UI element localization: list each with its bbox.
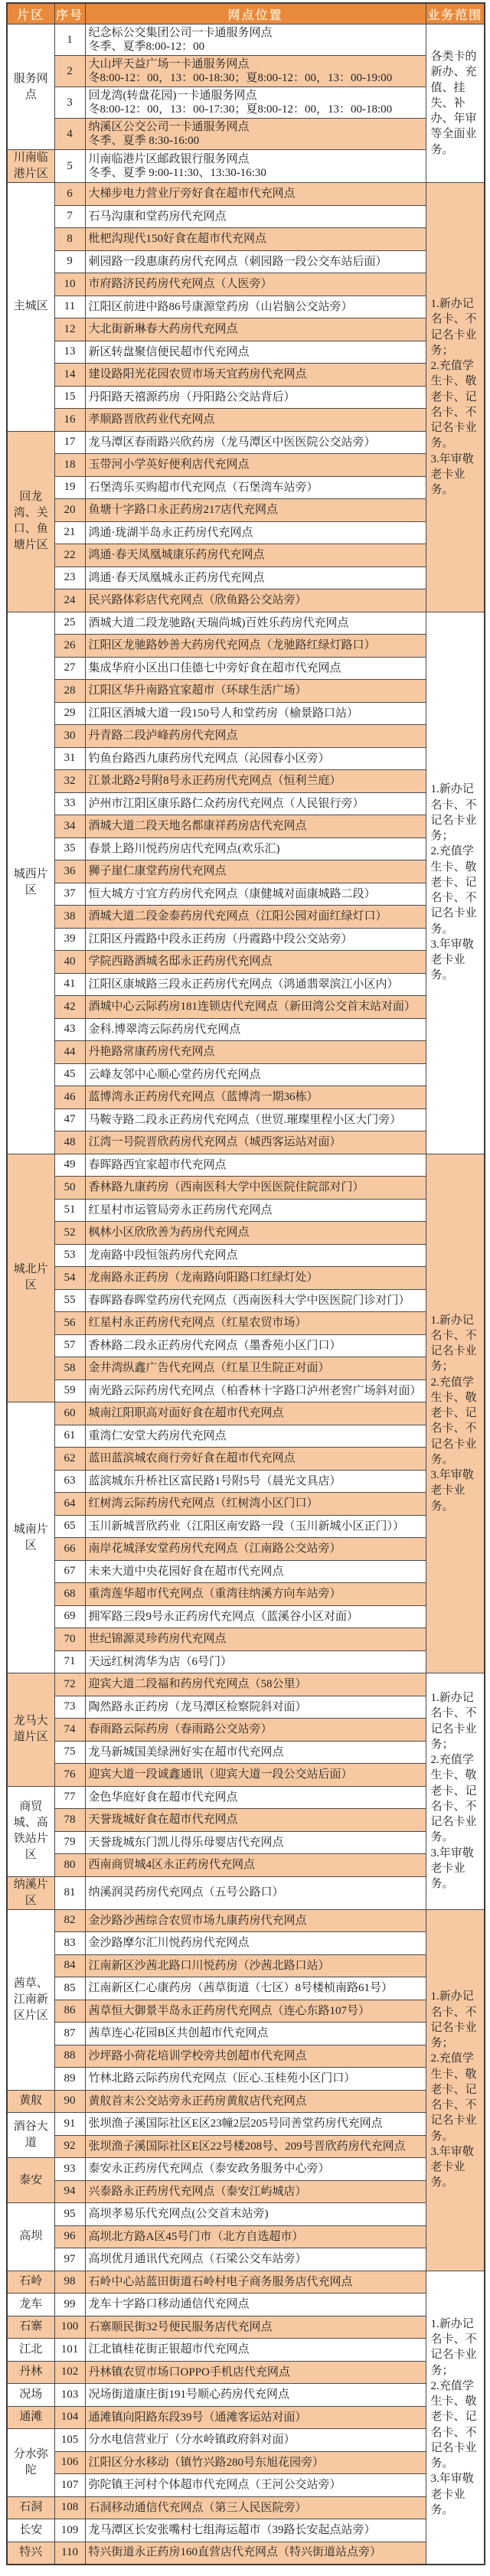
location-text: 酒城中心云际药房181连锁店代充网点（新田湾公交首末站对面） (89, 1000, 424, 1014)
location-text: 金色华庭好食在超市代充网点 (89, 1791, 424, 1804)
serial-cell: 43 (54, 1018, 85, 1041)
location-text: 回龙湾(转盘花园)一卡通服务网点 (89, 89, 424, 103)
location-text: 鸿通·春天凤凰城永正药房代充网点 (89, 571, 424, 585)
serial-cell: 44 (54, 1041, 85, 1064)
table-row: 34酒城大道二段天地名都康祥药房店代充网点 (7, 815, 485, 838)
table-row: 13新区转盘聚信便民超市代充网点 (7, 341, 485, 364)
location-text: 龙马潭区长安张嘴村七组海运超市（39路长安起点站旁） (89, 2523, 424, 2537)
table-row: 71天远红树湾华为店（6号门） (7, 1650, 485, 1673)
table-row: 长安109龙马潭区长安张嘴村七组海运超市（39路长安起点站旁） (7, 2519, 485, 2542)
serial-cell: 8 (54, 228, 85, 251)
location-text: 金沙路沙茜综合农贸市场九康药房代充网点 (89, 1914, 424, 1928)
district-cell: 主城区 (7, 183, 54, 432)
table-row: 16孝顺路晋欣药业代充网点 (7, 409, 485, 432)
table-row: 96高坝北方路A区45号门市（北方自选超市） (7, 2225, 485, 2248)
location-text: 蓝博湾永正药房代充网点（蓝博湾一期36栋） (89, 1090, 424, 1104)
serial-cell: 85 (54, 1977, 85, 2000)
location-cell: 酒城大道二段金泰药房代充网点（江阳公园对面红绿灯口） (85, 906, 426, 929)
location-text: 纳溪润灵药房代充网点（五号公路口） (89, 1885, 424, 1899)
location-cell: 江阳区华升南路宜家超市（环球生活广场） (85, 680, 426, 703)
location-cell: 金沙路沙茜综合农贸市场九康药房代充网点 (85, 1909, 426, 1932)
district-cell: 通滩 (7, 2406, 54, 2429)
serial-cell: 50 (54, 1177, 85, 1200)
location-text: 玉带河小学英好便利店代充网点 (89, 458, 424, 472)
location-cell: 新区转盘聚信便民超市代充网点 (85, 341, 426, 364)
serial-cell: 1 (54, 24, 85, 56)
table-row: 28江阳区华升南路宜家超市（环球生活广场） (7, 680, 485, 703)
location-cell: 世纪锦源灵珍药房代充网点 (85, 1628, 426, 1651)
location-text: 陶然路永正药房（龙马潭区检察院斜对面） (89, 1700, 424, 1714)
serial-cell: 60 (54, 1402, 85, 1425)
district-cell: 石洞 (7, 2496, 54, 2519)
location-text: 枇杷沟现代150好食在超市代充网点 (89, 232, 424, 246)
table-row: 45云峰友邻中心顺心堂药房代充网点 (7, 1063, 485, 1086)
business-scope-item: 1.新办记名卡、不记名卡业务； (431, 1313, 482, 1375)
business-scope-item: 2.充值学生卡、敬老卡、记名卡、不记名卡业务。 (431, 2378, 482, 2472)
location-cell: 蓝博湾永正药房代充网点（蓝博湾一期36栋） (85, 1086, 426, 1109)
business-scope-item: 3.年审敬老卡业务。 (431, 1846, 482, 1892)
location-text: 江景北路2号附8号永正药房代充网点（恒利兰庭） (89, 774, 424, 788)
serial-cell: 56 (54, 1312, 85, 1335)
table-row: 89竹林北路云际药房代充网点（匠心.玉桂苑小区门口） (7, 2068, 485, 2091)
serial-cell: 90 (54, 2090, 85, 2113)
location-cell: 钓鱼台路西九康药房代充网点（沁园春小区旁） (85, 747, 426, 770)
location-cell: 丹林镇农贸市场口OPPO手机店代充网点 (85, 2361, 426, 2384)
opening-hours-text: 冬季、夏季8:00-12：00 (89, 40, 424, 54)
location-text: 茜草连心花园B区共创超市代充网点 (89, 2026, 424, 2040)
location-cell: 江北镇桂花街正银超市代充网点 (85, 2339, 426, 2362)
location-cell: 石洞移动通信代充网点（第三人民医院旁） (85, 2496, 426, 2519)
location-cell: 纪念标公交集团公司一卡通服务网点冬季、夏季8:00-12：00 (85, 24, 426, 56)
table-row: 44丹艳路常康药房代充网点 (7, 1041, 485, 1064)
serial-cell: 42 (54, 996, 85, 1019)
business-scope-item: 1.新办记名卡、不记名卡业务； (431, 1989, 482, 2051)
business-scope-item: 3.年审敬老卡业务。 (431, 2471, 482, 2518)
table-row: 4纳溪区公交公司一卡通服务网点冬季、夏季 8:30-16:00 (7, 119, 485, 150)
table-row: 城北片区49春晖路西宜家超市代充网点1.新办记名卡、不记名卡业务；2.充值学生卡… (7, 1154, 485, 1177)
location-text: 刺园路一段惠康药房代充网点（刺园路一段公交车站后面） (89, 255, 424, 269)
table-row: 92张坝渔子溪国际社区E区22号楼208号、209号晋欣药房代充网点 (7, 2135, 485, 2158)
location-cell: 龙马新城国美绿洲好实在超市代充网点 (85, 1741, 426, 1764)
location-text: 高坝孝易乐代充网点(公交首末站旁) (89, 2207, 424, 2221)
business-scope-cell: 1.新办记名卡、不记名卡业务；2.充值学生卡、敬老卡、记名卡、不记名卡业务。3.… (426, 1154, 485, 1673)
table-row: 19石堡湾乐买购超市代充网点（石堡湾车站旁） (7, 476, 485, 499)
location-cell: 陶然路永正药房（龙马潭区检察院斜对面） (85, 1696, 426, 1719)
location-cell: 张坝渔子溪国际社区E区23幢2层205号同善堂药房代充网点 (85, 2113, 426, 2136)
serial-cell: 20 (54, 499, 85, 522)
location-cell: 石岭中心站蓝田街道石岭村电子商务服务店代充网点 (85, 2271, 426, 2294)
location-text: 丹阳路天禧源药房（丹阳路公交站背后） (89, 390, 424, 404)
serial-cell: 37 (54, 883, 85, 906)
location-text: 香林路二段永正药房代充网点（墨香苑小区门口） (89, 1339, 424, 1353)
serial-cell: 49 (54, 1154, 85, 1177)
location-cell: 泰安永正药房代充网点（泰安政务服务中心旁） (85, 2158, 426, 2181)
location-cell: 玉带河小学英好便利店代充网点 (85, 454, 426, 477)
location-cell: 迎宾大道二段福和药房代充网点（58公里） (85, 1673, 426, 1696)
location-cell: 春晖路春晖堂药房代充网点（西南医科大学中医医院门诊对门） (85, 1289, 426, 1312)
location-cell: 江阳区分水移动（镇竹兴路280号东旭花园旁） (85, 2451, 426, 2474)
header-district: 片区 (7, 3, 54, 24)
location-cell: 江景北路2号附8号永正药房代充网点（恒利兰庭） (85, 770, 426, 793)
table-row: 74春雨路云际药房（春雨路公交站旁） (7, 1719, 485, 1742)
location-text: 纳溪区公交公司一卡通服务网点 (89, 120, 424, 134)
location-text: 张坝渔子溪国际社区E区23幢2层205号同善堂药房代充网点 (89, 2117, 424, 2130)
table-row: 21鸿通·珑湖半岛永正药房代充网点 (7, 521, 485, 544)
table-row: 纳溪片区81纳溪润灵药房代充网点（五号公路口） (7, 1876, 485, 1909)
table-row: 22鸿通·春天凤凰城康乐药房代充网点 (7, 544, 485, 567)
serial-cell: 26 (54, 635, 85, 658)
table-row: 54龙南路永正药房（龙南路向阳路口红绿灯处） (7, 1267, 485, 1290)
location-cell: 恒大城方寸宜方药房代充网点（康健城对面康城路二段） (85, 883, 426, 906)
location-text: 竹林北路云际药房代充网点（匠心.玉桂苑小区门口） (89, 2072, 424, 2085)
location-text: 春雨路云际药房（春雨路公交站旁） (89, 1722, 424, 1736)
table-row: 79天誉珑城东门凯儿得乐母婴店代充网点 (7, 1831, 485, 1854)
serial-cell: 83 (54, 1932, 85, 1955)
location-text: 况场街道康庄街191号顺心药房代充网点 (89, 2388, 424, 2401)
serial-cell: 24 (54, 589, 85, 612)
table-row: 城南片区60城南江阳职高对面好食在超市代充网点 (7, 1402, 485, 1425)
table-row: 14建设路阳光花园农贸市场天宜药房代充网点 (7, 364, 485, 387)
table-row: 通滩104通滩镇向阳路东段39号（通滩客运站对面） (7, 2406, 485, 2429)
serial-cell: 92 (54, 2135, 85, 2158)
location-cell: 回龙湾(转盘花园)一卡通服务网点冬8:00-12：00，13：00-17:30；… (85, 87, 426, 119)
location-text: 弥陀镇王河村个体超市代充网点（王河公交站旁） (89, 2478, 424, 2492)
serial-cell: 45 (54, 1063, 85, 1086)
table-row: 53龙南路中段恒瓴药房代充网点 (7, 1244, 485, 1267)
table-row: 62蓝田蓝滨城农商行旁好食在超市代充网点 (7, 1448, 485, 1471)
business-scope-item: 各类卡的新办、充值、挂失、补办、年审等全面业务。 (431, 49, 482, 158)
serial-cell: 28 (54, 680, 85, 703)
location-cell: 刺园路一段惠康药房代充网点（刺园路一段公交车站后面） (85, 250, 426, 273)
serial-cell: 82 (54, 1909, 85, 1932)
location-text: 蓝滨城东升桥社区富民路1号附5号（晨光文具店） (89, 1474, 424, 1488)
table-row: 38酒城大道二段金泰药房代充网点（江阳公园对面红绿灯口） (7, 906, 485, 929)
location-cell: 学院西路酒城名邸永正药房代充网点 (85, 951, 426, 974)
serial-cell: 67 (54, 1560, 85, 1583)
table-row: 61重湾仁安堂大药房代充网点 (7, 1425, 485, 1448)
location-text: 春晖路西宜家超市代充网点 (89, 1158, 424, 1172)
location-text: 江阳区酒城大道一段150号人和堂药房（榆景路口站） (89, 707, 424, 720)
district-cell: 长安 (7, 2519, 54, 2542)
location-text: 沙坪路小荷花培训学校旁共创超市代充网点 (89, 2049, 424, 2063)
business-scope-item: 2.充值学生卡、敬老卡、记名卡、不记名卡业务。 (431, 844, 482, 937)
location-cell: 茜草连心花园B区共创超市代充网点 (85, 2023, 426, 2045)
table-row: 55春晖路春晖堂药房代充网点（西南医科大学中医医院门诊对门） (7, 1289, 485, 1312)
serial-cell: 62 (54, 1448, 85, 1471)
serial-cell: 25 (54, 612, 85, 635)
location-cell: 沙坪路小荷花培训学校旁共创超市代充网点 (85, 2045, 426, 2068)
serial-cell: 70 (54, 1628, 85, 1651)
table-row: 46蓝博湾永正药房代充网点（蓝博湾一期36栋） (7, 1086, 485, 1109)
serial-cell: 29 (54, 702, 85, 725)
serial-cell: 3 (54, 87, 85, 119)
district-cell: 石岭 (7, 2271, 54, 2294)
location-cell: 高坝孝易乐代充网点(公交首末站旁) (85, 2203, 426, 2226)
table-row: 65玉川新城晋欣药业（江阳区南安路一段（玉川新城小区正门）） (7, 1515, 485, 1538)
serial-cell: 71 (54, 1650, 85, 1673)
location-cell: 重湾仁安堂大药房代充网点 (85, 1425, 426, 1448)
location-text: 重湾莲华超市代充网点（重湾往纳溪方向车站旁） (89, 1587, 424, 1601)
serial-cell: 31 (54, 747, 85, 770)
table-row: 97高坝优月通讯代充网点（石梁公交车站旁） (7, 2248, 485, 2271)
location-text: 钓鱼台路西九康药房代充网点（沁园春小区旁） (89, 752, 424, 766)
serial-cell: 11 (54, 295, 85, 318)
serial-cell: 96 (54, 2225, 85, 2248)
location-text: 天誉珑城东门凯儿得乐母婴店代充网点 (89, 1836, 424, 1850)
location-cell: 城南江阳职高对面好食在超市代充网点 (85, 1402, 426, 1425)
serial-cell: 58 (54, 1357, 85, 1380)
district-cell: 商贸城、高铁站片区 (7, 1786, 54, 1876)
business-scope-cell: 1.新办记名卡、不记名卡业务；2.充值学生卡、敬老卡、记名卡、不记名卡业务。3.… (426, 1909, 485, 2271)
table-row: 26江阳区龙驰路妙善大药房代充网点（龙驰路红绿灯路口） (7, 635, 485, 658)
table-row: 回龙湾、关口、鱼塘片区17龙马潭区春雨路兴欣药房（龙马潭区中医医院公交站旁） (7, 431, 485, 454)
location-cell: 集成华府小区出口佳德七中旁好食在超市代充网点 (85, 657, 426, 680)
table-row: 85江南新区仁心康药房（茜草街道（七区）8号楼桢南路61号） (7, 1977, 485, 2000)
location-cell: 江阳区前进中路86号康源堂药房（山岩脑公交站旁） (85, 295, 426, 318)
table-row: 龙马大道片区72迎宾大道二段福和药房代充网点（58公里）1.新办记名卡、不记名卡… (7, 1673, 485, 1696)
location-cell: 龙南路永正药房（龙南路向阳路口红绿灯处） (85, 1267, 426, 1290)
location-text: 红星村市运管局旁永正药房代充网点 (89, 1203, 424, 1217)
location-cell: 龙马潭区长安张嘴村七组海运超市（39路长安起点站旁） (85, 2519, 426, 2542)
serial-cell: 65 (54, 1515, 85, 1538)
table-row: 茜草、江南新区片区82金沙路沙茜综合农贸市场九康药房代充网点1.新办记名卡、不记… (7, 1909, 485, 1932)
location-text: 石岭中心站蓝田街道石岭村电子商务服务店代充网点 (89, 2275, 424, 2289)
network-table: 片区 序号 网点位置 业务范围 服务网点1纪念标公交集团公司一卡通服务网点冬季、… (6, 2, 485, 2565)
table-row: 石洞108石洞移动通信代充网点（第三人民医院旁） (7, 2496, 485, 2519)
table-row: 18玉带河小学英好便利店代充网点 (7, 454, 485, 477)
location-cell: 蓝田蓝滨城农商行旁好食在超市代充网点 (85, 1448, 426, 1471)
table-row: 分水弥陀105分水电信营业厅（分水岭镇政府斜对面） (7, 2429, 485, 2452)
location-cell: 西南商贸城4区永正药房代充网点 (85, 1854, 426, 1877)
location-text: 龙马新城国美绿洲好实在超市代充网点 (89, 1745, 424, 1759)
location-text: 红树湾云际药房代充网点（红树湾小区门口） (89, 1497, 424, 1510)
location-text: 重湾仁安堂大药房代充网点 (89, 1429, 424, 1443)
table-row: 20鱼塘十字路口永正药房217店代充网点 (7, 499, 485, 522)
location-text: 江北镇桂花街正银超市代充网点 (89, 2343, 424, 2356)
location-cell: 纳溪润灵药房代充网点（五号公路口） (85, 1876, 426, 1909)
location-text: 天远红树湾华为店（6号门） (89, 1655, 424, 1669)
table-row: 68重湾莲华超市代充网点（重湾往纳溪方向车站旁） (7, 1583, 485, 1606)
location-text: 玉川新城晋欣药业（江阳区南安路一段（玉川新城小区正门）） (89, 1520, 424, 1533)
district-cell: 龙车 (7, 2294, 54, 2316)
district-cell: 高坝 (7, 2203, 54, 2271)
location-cell: 江南新区沙茜北路口川悦药房（沙茜北路口站） (85, 1954, 426, 1977)
location-text: 黄舣首末公交站旁永正药房黄舣店代充网点 (89, 2094, 424, 2108)
table-row: 15丹阳路天禧源药房（丹阳路公交站背后） (7, 386, 485, 409)
district-cell: 分水弥陀 (7, 2429, 54, 2497)
district-cell: 龙马大道片区 (7, 1673, 54, 1787)
serial-cell: 84 (54, 1954, 85, 1977)
table-row: 30丹青路二段泸峰药房代充网点 (7, 725, 485, 748)
serial-cell: 68 (54, 1583, 85, 1606)
table-row: 24民兴路体彩店代充网点（欣鱼路公交站旁） (7, 589, 485, 612)
location-cell: 建设路阳光花园农贸市场天宜药房代充网点 (85, 364, 426, 387)
location-text: 纪念标公交集团公司一卡通服务网点 (89, 26, 424, 40)
location-cell: 金沙路摩尔汇川悦药房代充网点 (85, 1932, 426, 1955)
table-row: 84江南新区沙茜北路口川悦药房（沙茜北路口站） (7, 1954, 485, 1977)
table-row: 10市府路济民药房代充网点（人医旁） (7, 273, 485, 296)
location-cell: 春晖路西宜家超市代充网点 (85, 1154, 426, 1177)
table-row: 48江湾一号院晋欣药房代充网点（城西客运站对面） (7, 1131, 485, 1154)
table-row: 城西片区25酒城大道二段龙驰路(天瑞尚城)百姓乐药房代充网点1.新办记名卡、不记… (7, 612, 485, 635)
serial-cell: 12 (54, 318, 85, 341)
serial-cell: 13 (54, 341, 85, 364)
serial-cell: 4 (54, 119, 85, 150)
location-text: 泸州市江阳区康乐路仁众药房代充网点（人民银行旁） (89, 797, 424, 811)
location-cell: 酒城大道二段龙驰路(天瑞尚城)百姓乐药房代充网点 (85, 612, 426, 635)
opening-hours-text: 冬8:00-12：00，13：00-17:30；夏8:00-12：00，13：0… (89, 103, 424, 116)
location-text: 江阳区康城路三段永正药房代充网点（鸿通翡翠滨江小区内） (89, 978, 424, 991)
location-cell: 市府路济民药房代充网点（人医旁） (85, 273, 426, 296)
serial-cell: 72 (54, 1673, 85, 1696)
table-row: 石寨100石寨顺民街32号便民服务店代充网点 (7, 2316, 485, 2339)
location-text: 酒城大道二段天地名都康祥药房店代充网点 (89, 819, 424, 833)
table-row: 丹林102丹林镇农贸市场口OPPO手机店代充网点 (7, 2361, 485, 2384)
serial-cell: 34 (54, 815, 85, 838)
table-row: 8枇杷沟现代150好食在超市代充网点 (7, 228, 485, 251)
table-row: 69拥军路三段9号永正药房代充网点（蓝溪谷小区对面） (7, 1605, 485, 1628)
location-text: 天誉珑城好食在超市代充网点 (89, 1813, 424, 1827)
location-text: 江阳区华升南路宜家超市（环球生活广场） (89, 684, 424, 697)
serial-cell: 100 (54, 2316, 85, 2339)
location-cell: 迎宾大道一段诚鑫通讯（迎宾大道一段公交站后面） (85, 1764, 426, 1787)
location-text: 学院西路酒城名邸永正药房代充网点 (89, 955, 424, 968)
location-cell: 金色华庭好食在超市代充网点 (85, 1786, 426, 1809)
location-text: 酒城大道二段金泰药房代充网点（江阳公园对面红绿灯口） (89, 909, 424, 923)
location-cell: 特兴街道永正药房160直营店代充网点（特兴街道站点旁） (85, 2542, 426, 2565)
business-scope-item: 2.充值学生卡、敬老卡、记名卡、不记名卡业务。 (431, 2051, 482, 2144)
serial-cell: 79 (54, 1831, 85, 1854)
location-cell: 龙马潭区春雨路兴欣药房（龙马潭区中医医院公交站旁） (85, 431, 426, 454)
location-cell: 枇杷沟现代150好食在超市代充网点 (85, 228, 426, 251)
location-cell: 丹阳路天禧源药房（丹阳路公交站背后） (85, 386, 426, 409)
location-text: 红星村永正药房代充网点（红星农贸市场） (89, 1316, 424, 1330)
serial-cell: 93 (54, 2158, 85, 2181)
table-row: 52枫林小区欣欣善为药房代充网点 (7, 1222, 485, 1245)
location-cell: 江阳区酒城大道一段150号人和堂药房（榆景路口站） (85, 702, 426, 725)
table-row: 75龙马新城国美绿洲好实在超市代充网点 (7, 1741, 485, 1764)
table-row: 59南光路云际药房代充网点（柏香林十字路口泸州老窖广场斜对面） (7, 1379, 485, 1402)
location-cell: 石马沟康和堂药房代充网点 (85, 205, 426, 228)
location-cell: 兴泰路永正药房代充网点（泰安江屿城店） (85, 2180, 426, 2203)
serial-cell: 66 (54, 1538, 85, 1561)
location-text: 狮子崖仁康堂药房代充网点 (89, 864, 424, 878)
location-cell: 高坝北方路A区45号门市（北方自选超市） (85, 2225, 426, 2248)
location-text: 龙南路中段恒瓴药房代充网点 (89, 1249, 424, 1262)
district-cell: 况场 (7, 2384, 54, 2407)
table-row: 80西南商贸城4区永正药房代充网点 (7, 1854, 485, 1877)
table-row: 23鸿通·春天凤凰城永正药房代充网点 (7, 566, 485, 589)
district-cell: 酒谷大道 (7, 2113, 54, 2158)
location-cell: 蓝滨城东升桥社区富民路1号附5号（晨光文具店） (85, 1470, 426, 1493)
serial-cell: 21 (54, 521, 85, 544)
serial-cell: 6 (54, 183, 85, 206)
serial-cell: 75 (54, 1741, 85, 1764)
location-text: 江南新区仁心康药房（茜草街道（七区）8号楼桢南路61号） (89, 1981, 424, 1995)
location-text: 高坝优月通讯代充网点（石梁公交车站旁） (89, 2252, 424, 2266)
location-text: 鸿通·春天凤凰城康乐药房代充网点 (89, 548, 424, 562)
location-text: 新区转盘聚信便民超市代充网点 (89, 345, 424, 359)
table-row: 86茜草恒大御景半岛永正药房代充网点（连心东路107号） (7, 2000, 485, 2023)
location-text: 石寨顺民街32号便民服务店代充网点 (89, 2320, 424, 2334)
location-cell: 天誉珑城好食在超市代充网点 (85, 1809, 426, 1832)
location-cell: 江湾一号院晋欣药房代充网点（城西客运站对面） (85, 1131, 426, 1154)
location-cell: 况场街道康庄街191号顺心药房代充网点 (85, 2384, 426, 2407)
serial-cell: 94 (54, 2180, 85, 2203)
location-cell: 香林路九康药房（西南医科大学中医医院住院部对门） (85, 1177, 426, 1200)
location-cell: 鸿通·春天凤凰城康乐药房代充网点 (85, 544, 426, 567)
serial-cell: 87 (54, 2023, 85, 2045)
location-cell: 红树湾云际药房代充网点（红树湾小区门口） (85, 1493, 426, 1516)
location-text: 鱼塘十字路口永正药房217店代充网点 (89, 503, 424, 517)
serial-cell: 18 (54, 454, 85, 477)
location-text: 南岸花城泽安堂药房代充网点（江南路公交站旁） (89, 1542, 424, 1556)
location-cell: 天誉珑城东门凯儿得乐母婴店代充网点 (85, 1831, 426, 1854)
serial-cell: 86 (54, 2000, 85, 2023)
district-cell: 城南片区 (7, 1402, 54, 1673)
location-cell: 丹青路二段泸峰药房代充网点 (85, 725, 426, 748)
business-scope-item: 2.充值学生卡、敬老卡、记名卡、不记名卡业务。 (431, 1375, 482, 1468)
district-cell: 回龙湾、关口、鱼塘片区 (7, 431, 54, 612)
location-cell: 春景上路川悦药房店代充网点(欢乐汇) (85, 837, 426, 860)
table-row: 63蓝滨城东升桥社区富民路1号附5号（晨光文具店） (7, 1470, 485, 1493)
location-text: 龙车十字路口移动通信代充网点 (89, 2297, 424, 2311)
serial-cell: 99 (54, 2294, 85, 2316)
serial-cell: 27 (54, 657, 85, 680)
serial-cell: 15 (54, 386, 85, 409)
serial-cell: 106 (54, 2451, 85, 2474)
location-cell: 重湾莲华超市代充网点（重湾往纳溪方向车站旁） (85, 1583, 426, 1606)
business-scope-item: 3.年审敬老卡业务。 (431, 1468, 482, 1514)
table-row: 106江阳区分水移动（镇竹兴路280号东旭花园旁） (7, 2451, 485, 2474)
table-row: 76迎宾大道一段诚鑫通讯（迎宾大道一段公交站后面） (7, 1764, 485, 1787)
serial-cell: 80 (54, 1854, 85, 1877)
serial-cell: 39 (54, 928, 85, 951)
location-text: 金沙路摩尔汇川悦药房代充网点 (89, 1936, 424, 1950)
location-cell: 张坝渔子溪国际社区E区22号楼208号、209号晋欣药房代充网点 (85, 2135, 426, 2158)
location-text: 世纪锦源灵珍药房代充网点 (89, 1632, 424, 1646)
serial-cell: 101 (54, 2339, 85, 2362)
location-text: 金井湾纵鑫广告代充网点（红星卫生院正对面） (89, 1361, 424, 1375)
location-text: 南光路云际药房代充网点（柏香林十字路口泸州老窖广场斜对面） (89, 1384, 424, 1398)
table-row: 33泸州市江阳区康乐路仁众药房代充网点（人民银行旁） (7, 792, 485, 815)
network-table-body: 服务网点1纪念标公交集团公司一卡通服务网点冬季、夏季8:00-12：00各类卡的… (7, 24, 485, 2565)
location-cell: 孝顺路晋欣药业代充网点 (85, 409, 426, 432)
location-cell: 民兴路体彩店代充网点（欣鱼路公交站旁） (85, 589, 426, 612)
location-text: 石堡湾乐买购超市代充网点（石堡湾车站旁） (89, 481, 424, 495)
district-cell: 服务网点 (7, 24, 54, 150)
business-scope-item: 1.新办记名卡、不记名卡业务； (431, 296, 482, 358)
business-scope-item: 1.新办记名卡、不记名卡业务； (431, 1690, 482, 1752)
serial-cell: 89 (54, 2068, 85, 2091)
district-cell: 城西片区 (7, 612, 54, 1154)
location-text: 枫林小区欣欣善为药房代充网点 (89, 1226, 424, 1239)
location-text: 金科.博翠湾云际药房代充网点 (89, 1023, 424, 1037)
location-text: 春景上路川悦药房店代充网点(欢乐汇) (89, 842, 424, 856)
location-text: 江阳区分水移动（镇竹兴路280号东旭花园旁） (89, 2456, 424, 2470)
location-cell: 金科.博翠湾云际药房代充网点 (85, 1018, 426, 1041)
location-text: 孝顺路晋欣药业代充网点 (89, 413, 424, 426)
serial-cell: 57 (54, 1334, 85, 1357)
district-cell: 丹林 (7, 2361, 54, 2384)
location-cell: 红星村市运管局旁永正药房代充网点 (85, 1199, 426, 1222)
location-text: 迎宾大道一段诚鑫通讯（迎宾大道一段公交站后面） (89, 1768, 424, 1781)
location-text: 特兴街道永正药房160直营店代充网点（特兴街道站点旁） (89, 2545, 424, 2559)
location-cell: 鸿通·珑湖半岛永正药房代充网点 (85, 521, 426, 544)
location-text: 川南临港片区邮政银行服务网点 (89, 152, 424, 166)
location-text: 大梯步电力营业厅旁好食在超市代充网点 (89, 187, 424, 201)
serial-cell: 32 (54, 770, 85, 793)
